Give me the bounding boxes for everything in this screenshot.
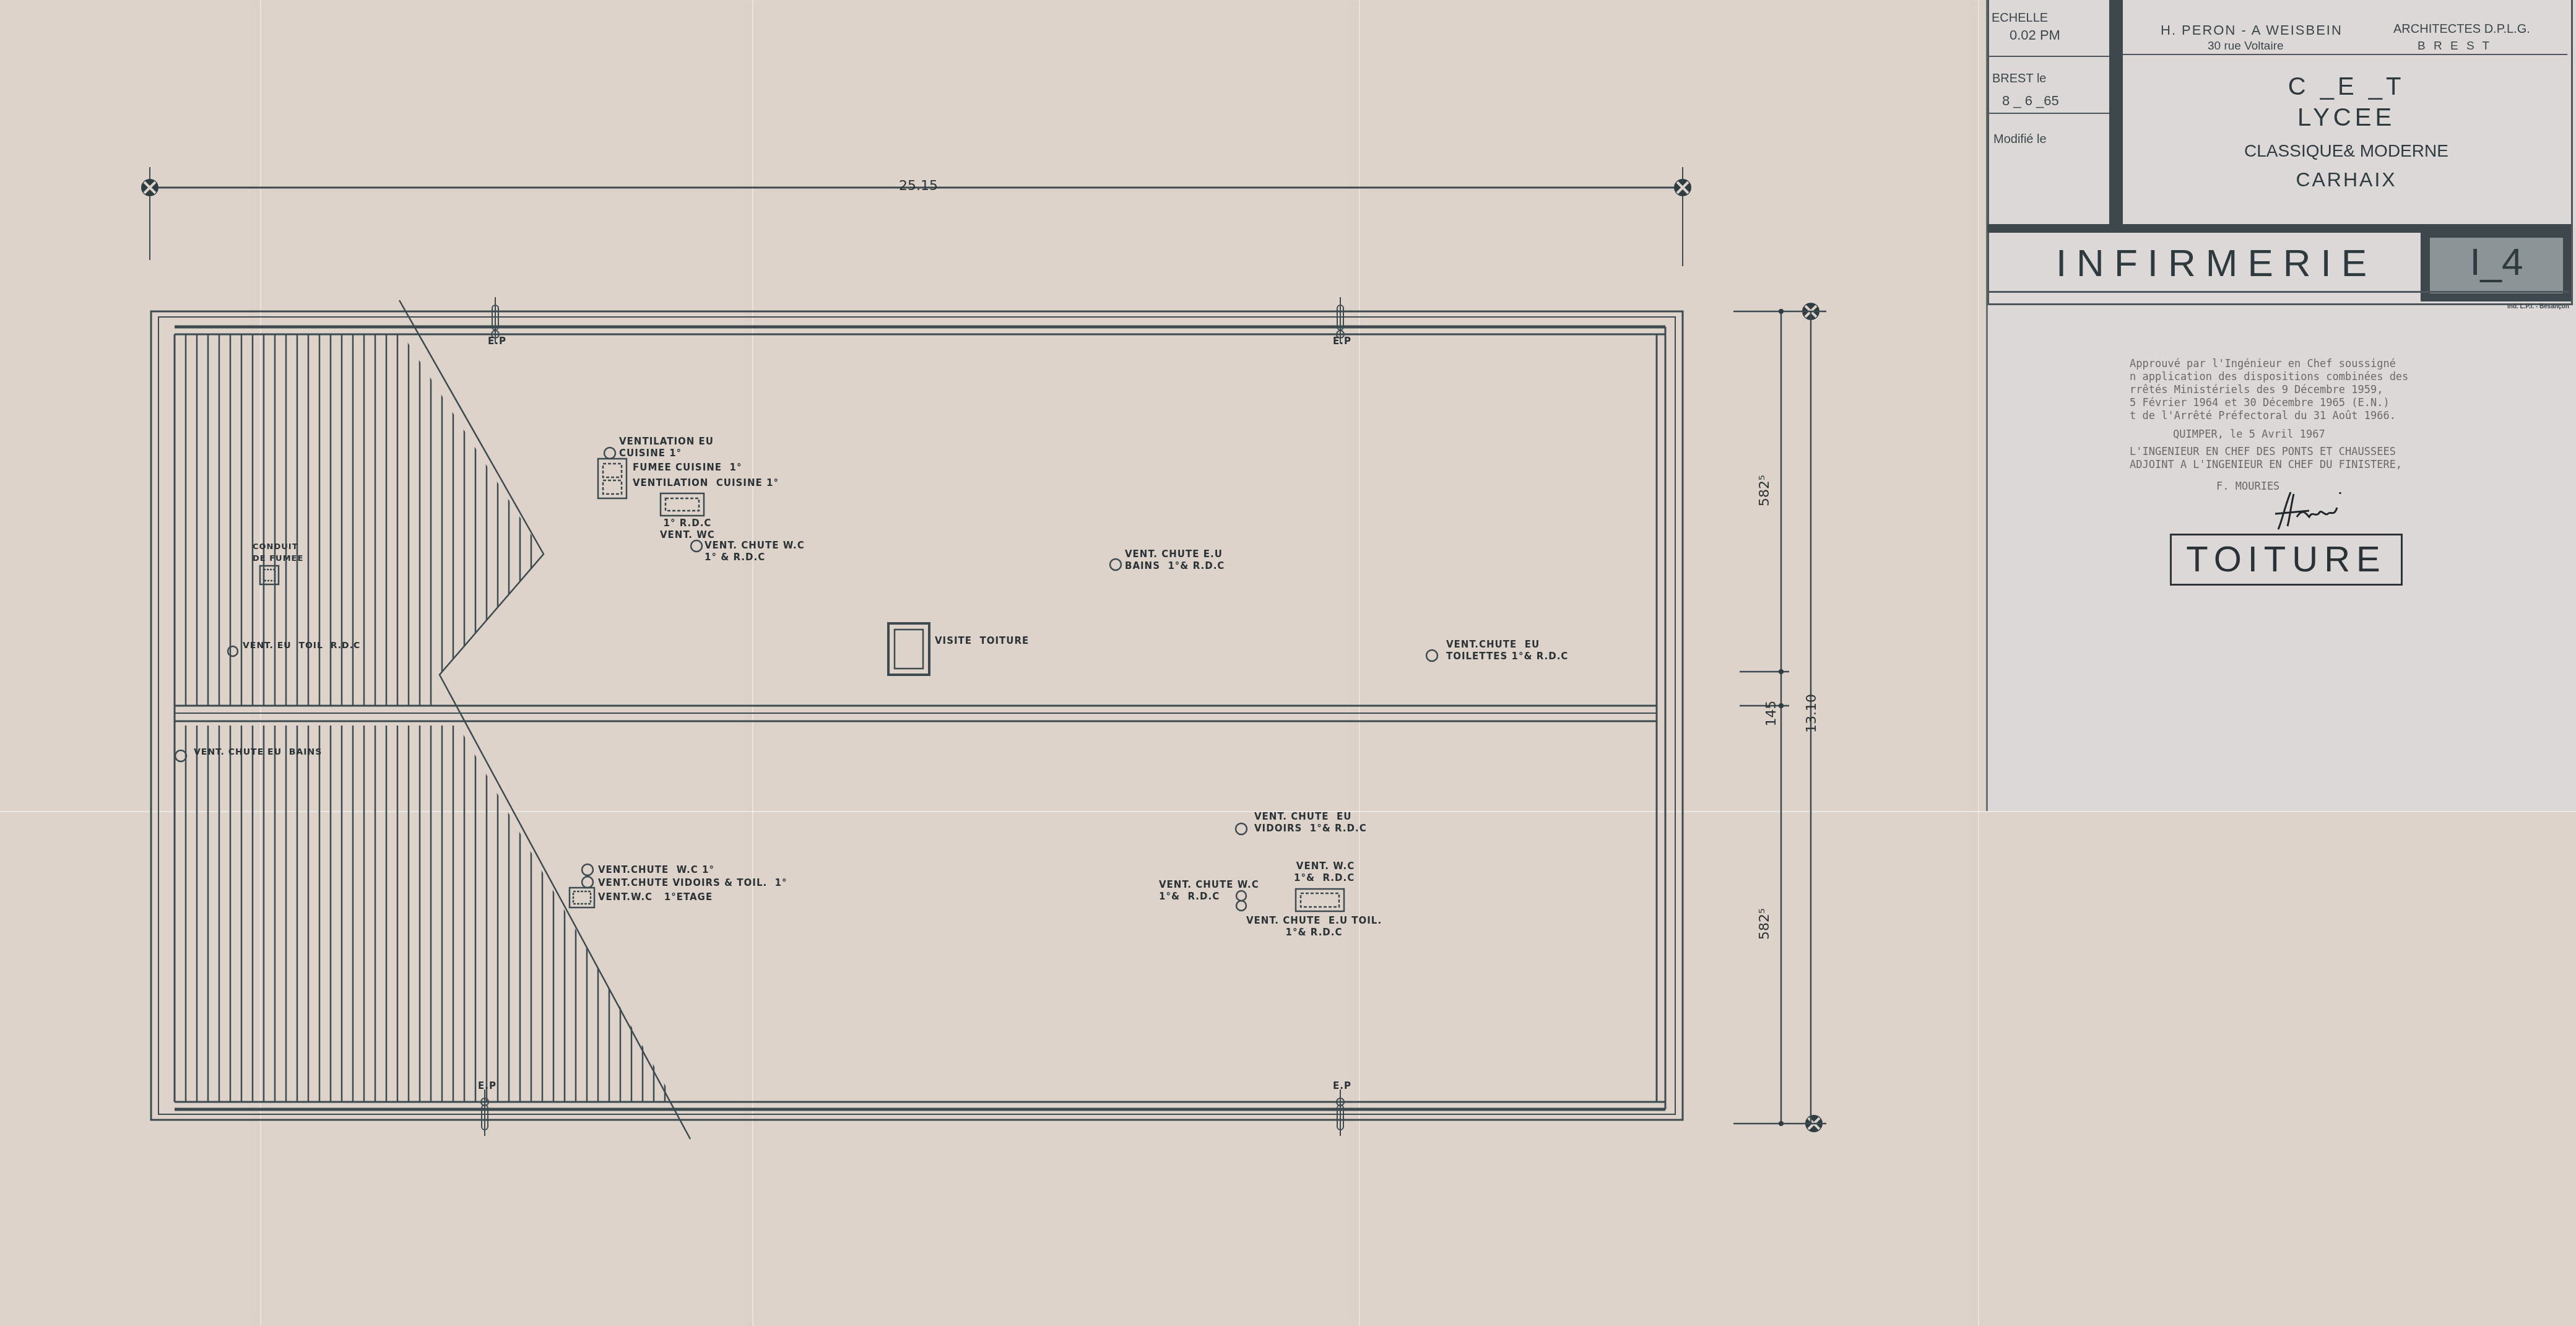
label-vent-wc: 1° R.D.C VENT. WC [660, 518, 715, 541]
label-vent-wc-1-etage: VENT.W.C 1°ETAGE [598, 891, 713, 903]
architects-city: B R E S T [2418, 40, 2492, 53]
architects-names: H. PERON - A WEISBEIN [2161, 22, 2343, 38]
downpipe-label: E.P [1333, 1080, 1351, 1092]
label-vent-chute-eu-toil-right: VENT. CHUTE E.U TOIL. 1°& R.D.C [1246, 915, 1382, 938]
drawing-title: TOITURE [2170, 534, 2403, 586]
modified-label: Modifié le [1993, 132, 2047, 147]
project-line-2: LYCEE [2123, 104, 2569, 132]
project-line-3: CLASSIQUE& MODERNE [2123, 141, 2569, 161]
label-fumee-cuisine: FUMEE CUISINE 1° [633, 462, 742, 474]
dimension-overall-depth: 13.10 [1804, 694, 1819, 733]
project-line-4: CARHAIX [2123, 168, 2569, 191]
label-vent-chute-wc-1: VENT.CHUTE W.C 1° [598, 864, 714, 876]
downpipe-label: E.P [1333, 336, 1351, 347]
label-conduit-fumee: CONDUIT DE FUMEE [253, 541, 303, 565]
label-vent-chute-eu-bains: VENT. CHUTE E.U BAINS 1°& R.D.C [1125, 548, 1225, 572]
label-visite-toiture: VISITE TOITURE [935, 635, 1029, 647]
label-vent-chute-wc-right: VENT. CHUTE W.C 1°& R.D.C [1159, 879, 1259, 903]
approval-authority: L'INGENIEUR EN CHEF DES PONTS ET CHAUSSE… [2130, 446, 2476, 472]
scale-label: ECHELLE [1992, 11, 2048, 25]
label-vent-eu-toil-rdc: VENT. EU TOIL R.D.C [243, 640, 360, 652]
label-vent-chute-wc: VENT. CHUTE W.C 1° & R.D.C [705, 540, 805, 563]
dimension-segment-bottom: 582⁵ [1757, 908, 1772, 940]
downpipe-label: E.P [478, 1080, 497, 1092]
approval-signatory: F. MOURIES [2216, 480, 2563, 493]
building-name: INFIRMERIE [2043, 241, 2390, 285]
downpipe-label: E.P [488, 336, 506, 347]
label-vent-chute-eu-vidoirs: VENT. CHUTE EU VIDOIRS 1°& R.D.C [1254, 811, 1367, 834]
signature-icon [2272, 489, 2346, 532]
date-value: 8 _ 6 _65 [2002, 93, 2059, 109]
approval-stamp-text: Approuvé par l'Ingénieur en Chef soussig… [2130, 358, 2476, 423]
sheet-number: I_4 [2430, 240, 2563, 284]
label-vent-chute-eu-toilettes: VENT.CHUTE EU TOILETTES 1°& R.D.C [1446, 639, 1568, 662]
architects-address: 30 rue Voltaire [2208, 40, 2284, 53]
project-line-1: C _E _T [2123, 73, 2569, 101]
label-vent-chute-eu-bains-left: VENT. CHUTE EU BAINS [194, 747, 322, 758]
label-ventilation-cuisine: VENTILATION CUISINE 1° [633, 477, 779, 489]
approval-place-date: QUIMPER, le 5 Avril 1967 [2173, 428, 2520, 441]
dimension-segment-middle: 145 [1764, 701, 1779, 727]
label-ventilation-eu-cuisine: VENTILATION EU CUISINE 1° [619, 436, 714, 459]
printer-mark: Ind. L.P.I. - Besançon [2507, 303, 2569, 310]
dimension-segment-top: 582⁵ [1757, 475, 1772, 506]
label-vent-chute-vidoirs-toil: VENT.CHUTE VIDOIRS & TOIL. 1° [598, 877, 787, 889]
blueprint-sheet: 25.15 582⁵ 145 582⁵ 13.10 E.P E.P E.P E.… [0, 0, 2576, 1326]
axis-marker-icon [141, 179, 1823, 1132]
date-label: BREST le [1992, 72, 2046, 86]
architects-title: ARCHITECTES D.P.L.G. [2393, 22, 2530, 37]
label-vent-wc-right: VENT. W.C 1°& R.D.C [1294, 860, 1355, 884]
dimension-overall-width: 25.15 [899, 178, 938, 194]
scale-value: 0.02 PM [2010, 27, 2060, 43]
